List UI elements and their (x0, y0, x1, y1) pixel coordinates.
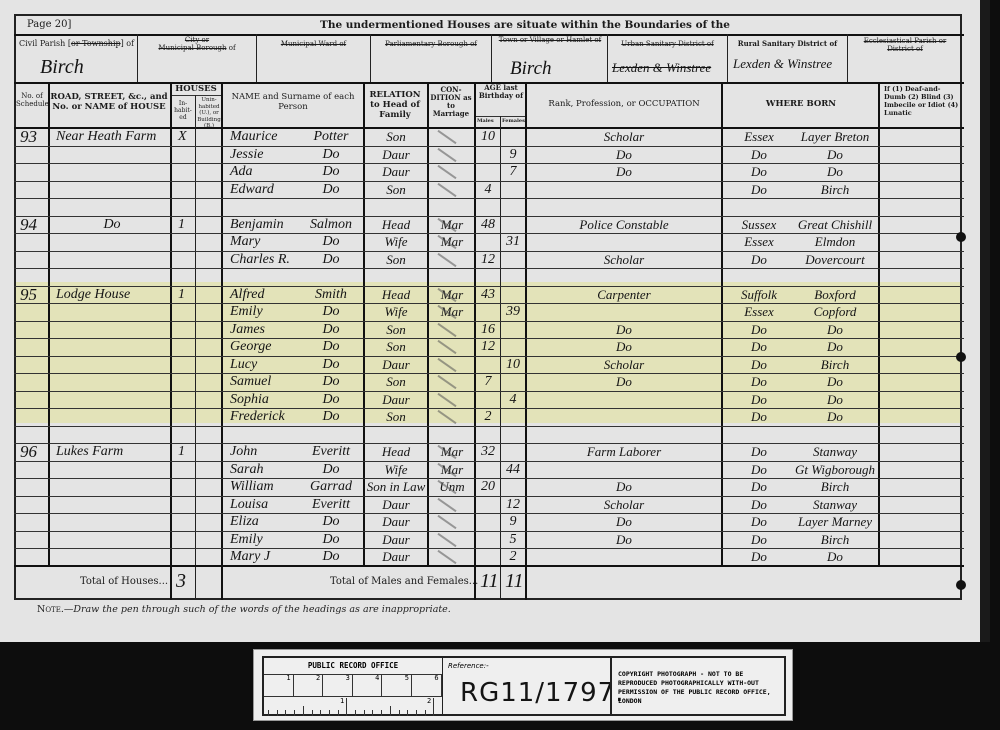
divider (525, 82, 527, 600)
relation: Son (365, 373, 427, 390)
ruler-tick (329, 710, 330, 716)
ruler-scale-bottom: 12 (264, 696, 442, 716)
birth-place: Birch (790, 181, 880, 198)
surname: Do (300, 181, 362, 198)
birth-county: Do (724, 548, 794, 565)
inhabited-mark: 1 (178, 443, 194, 460)
schedule-number: 95 (20, 286, 46, 303)
birth-county: Do (724, 478, 794, 495)
relation: Son (365, 181, 427, 198)
male-age: 12 (476, 338, 500, 355)
col-age-header: AGE last Birthday of (476, 84, 526, 100)
birth-county: Essex (724, 128, 794, 145)
divider (427, 82, 429, 565)
birth-place: Do (790, 338, 880, 355)
relation: Son (365, 408, 427, 425)
page-number: Page 20] (27, 19, 71, 30)
relation: Daur (365, 513, 427, 530)
house-name: Do (56, 216, 168, 233)
female-age: 5 (501, 531, 525, 548)
male-age: 7 (476, 373, 500, 390)
ecclesiastical-parish-label: Ecclesiastical Parish or District of (850, 37, 960, 53)
surname: Do (300, 391, 362, 408)
forename: Charles R. (230, 251, 300, 268)
divider (48, 82, 50, 565)
surname: Do (300, 338, 362, 355)
surname: Garrad (300, 478, 362, 495)
birth-county: Do (724, 373, 794, 390)
divider (491, 34, 492, 82)
surname: Everitt (300, 443, 362, 460)
birth-place: Birch (790, 356, 880, 373)
ruler-tick (407, 710, 408, 716)
surname: Do (300, 163, 362, 180)
divider (170, 95, 222, 96)
col-uninhabited-header: Unin-habited (U.), or Building (B.) (196, 97, 222, 130)
forename: Ada (230, 163, 300, 180)
birth-county: Do (724, 338, 794, 355)
ruler-tick (268, 710, 269, 716)
surname: Do (300, 356, 362, 373)
divider (221, 82, 223, 600)
row-divider (14, 198, 964, 199)
civil-parish-label: Civil Parish [or Township] of (19, 39, 134, 48)
binding-hole (956, 232, 966, 242)
birth-county: Suffolk (724, 286, 794, 303)
ruler-tick-label: 5 (382, 674, 412, 696)
occupation: Do (528, 146, 720, 163)
female-age: 9 (501, 513, 525, 530)
col-females-header: Females (502, 118, 525, 124)
divider (170, 82, 172, 600)
female-age: 4 (501, 391, 525, 408)
occupation: Farm Laborer (528, 443, 720, 460)
ruler-tick (320, 710, 321, 716)
birth-county: Essex (724, 303, 794, 320)
birth-place: Elmdon (790, 233, 880, 250)
divider (607, 34, 608, 82)
birth-county: Do (724, 251, 794, 268)
col-inhabited-header: In-habit-ed (171, 100, 195, 121)
forename: Eliza (230, 513, 300, 530)
forename: William (230, 478, 300, 495)
relation: Daur (365, 356, 427, 373)
total-females-value: 11 (505, 570, 524, 593)
house-name: Lodge House (56, 286, 168, 303)
occupation: Scholar (528, 128, 720, 145)
male-age: 32 (476, 443, 500, 460)
divider (256, 34, 257, 82)
surname: Potter (300, 128, 362, 145)
relation: Son (365, 321, 427, 338)
census-page: Page 20] The undermentioned Houses are s… (0, 0, 990, 642)
birth-place: Boxford (790, 286, 880, 303)
female-age: 7 (501, 163, 525, 180)
page-edge-shadow (980, 0, 990, 642)
occupation: Do (528, 373, 720, 390)
relation: Daur (365, 531, 427, 548)
relation: Son (365, 128, 427, 145)
ruler-tick (285, 710, 286, 716)
forename: Sophia (230, 391, 300, 408)
forename: James (230, 321, 300, 338)
municipal-ward-label: Municipal Ward of (258, 40, 369, 48)
birth-place: Do (790, 391, 880, 408)
ruler-tick-label: 2 (294, 674, 324, 696)
forename: Sarah (230, 461, 300, 478)
male-age: 2 (476, 408, 500, 425)
birth-place: Birch (790, 531, 880, 548)
surname: Do (300, 548, 362, 565)
divider (370, 34, 371, 82)
birth-place: Do (790, 146, 880, 163)
ruler-tick (425, 710, 426, 716)
urban-sanitary-value: Lexden & Winstree (612, 60, 711, 76)
inhabited-mark: 1 (178, 286, 194, 303)
rural-sanitary-label: Rural Sanitary District of (729, 40, 846, 48)
birth-county: Essex (724, 233, 794, 250)
total-houses-value: 3 (176, 570, 186, 593)
forename: Edward (230, 181, 300, 198)
ruler-scale-top: 123456 (264, 674, 442, 696)
relation: Daur (365, 391, 427, 408)
male-age: 43 (476, 286, 500, 303)
ruler-tick (416, 710, 417, 716)
birth-county: Do (724, 461, 794, 478)
male-age: 16 (476, 321, 500, 338)
relation: Wife (365, 233, 427, 250)
relation: Son in Law (365, 478, 427, 495)
occupation: Do (528, 163, 720, 180)
birth-place: Layer Marney (790, 513, 880, 530)
forename: John (230, 443, 300, 460)
record-office-label: PUBLIC RECORD OFFICE 123456 12 Reference… (253, 649, 793, 721)
schedule-number: 96 (20, 443, 46, 460)
ruler-tick-label: 1 (340, 697, 344, 705)
surname: Do (300, 321, 362, 338)
birth-county: Do (724, 531, 794, 548)
birth-place: Gt Wigborough (790, 461, 880, 478)
occupation: Scholar (528, 356, 720, 373)
relation: Daur (365, 146, 427, 163)
record-office-label-frame: PUBLIC RECORD OFFICE 123456 12 Reference… (262, 656, 786, 716)
female-age: 9 (501, 146, 525, 163)
binding-hole (956, 352, 966, 362)
col-name-header: NAME and Surname of each Person (226, 92, 360, 112)
surname: Do (300, 233, 362, 250)
binding-hole (956, 580, 966, 590)
col-where-born-header: WHERE BORN (724, 99, 878, 109)
divider (195, 95, 196, 600)
forename: Alfred (230, 286, 300, 303)
schedule-number: 94 (20, 216, 46, 233)
birth-place: Do (790, 321, 880, 338)
occupation: Scholar (528, 496, 720, 513)
ruler-tick-label: 2 (427, 697, 431, 705)
birth-place: Do (790, 408, 880, 425)
reference-number: RG11/1797. (460, 678, 625, 708)
forename: Frederick (230, 408, 300, 425)
birth-place: Layer Breton (790, 128, 880, 145)
schedule-number: 93 (20, 128, 46, 145)
col-occupation-header: Rank, Profession, or OCCUPATION (528, 99, 720, 109)
surname: Do (300, 146, 362, 163)
col-schedule-header: No. of Schedule (16, 92, 48, 108)
male-age: 20 (476, 478, 500, 495)
birth-place: Copford (790, 303, 880, 320)
divider (442, 658, 443, 716)
urban-sanitary-label: Urban Sanitary District of (609, 40, 726, 48)
town-village-label: Town or Village or Hamlet of (496, 36, 604, 44)
male-age: 12 (476, 251, 500, 268)
total-males-value: 11 (480, 570, 499, 593)
divider (610, 658, 612, 716)
birth-place: Great Chishill (790, 216, 880, 233)
surname: Salmon (300, 216, 362, 233)
ruler-tick-label: 6 (412, 674, 442, 696)
divider (14, 565, 964, 567)
occupation: Do (528, 338, 720, 355)
birth-place: Birch (790, 478, 880, 495)
divider (847, 34, 848, 82)
birth-county: Do (724, 181, 794, 198)
ruler-tick (390, 706, 391, 716)
birth-place: Do (790, 548, 880, 565)
form-title: The undermentioned Houses are situate wi… (320, 19, 730, 31)
birth-place: Do (790, 373, 880, 390)
forename: Maurice (230, 128, 300, 145)
relation: Head (365, 286, 427, 303)
ruler-tick (364, 710, 365, 716)
reference-label: Reference:- (448, 662, 489, 670)
forename: Jessie (230, 146, 300, 163)
birth-county: Do (724, 146, 794, 163)
relation: Son (365, 338, 427, 355)
civil-parish-value: Birch (40, 56, 84, 79)
ruler-tick (355, 710, 356, 716)
relation: Daur (365, 548, 427, 565)
forename: Louisa (230, 496, 300, 513)
divider (137, 34, 138, 82)
ruler-tick (294, 710, 295, 716)
birth-county: Do (724, 321, 794, 338)
relation: Son (365, 251, 427, 268)
occupation: Do (528, 478, 720, 495)
female-age: 2 (501, 548, 525, 565)
forename: Mary (230, 233, 300, 250)
ruler-tick (277, 710, 278, 716)
occupation: Do (528, 531, 720, 548)
inhabited-mark: 1 (178, 216, 194, 233)
surname: Everitt (300, 496, 362, 513)
birth-county: Do (724, 443, 794, 460)
birth-place: Do (790, 163, 880, 180)
female-age: 10 (501, 356, 525, 373)
relation: Head (365, 443, 427, 460)
relation: Head (365, 216, 427, 233)
relation: Daur (365, 496, 427, 513)
ruler-tick (338, 710, 339, 716)
forename: Benjamin (230, 216, 300, 233)
row-divider (14, 426, 964, 427)
col-relation-header: RELATION to Head of Family (364, 90, 426, 120)
birth-county: Do (724, 408, 794, 425)
surname: Smith (300, 286, 362, 303)
municipal-borough-label: City or Municipal Borough of (139, 36, 255, 52)
row-divider (14, 268, 964, 269)
male-age: 4 (476, 181, 500, 198)
surname: Do (300, 531, 362, 548)
ruler-tick-label: 3 (323, 674, 353, 696)
record-office-title: PUBLIC RECORD OFFICE (264, 661, 442, 670)
female-age: 31 (501, 233, 525, 250)
birth-county: Do (724, 391, 794, 408)
ruler-tick (381, 710, 382, 716)
copyright-notice: COPYRIGHT PHOTOGRAPH - NOT TO BE REPRODU… (618, 670, 786, 706)
occupation: Police Constable (528, 216, 720, 233)
female-age: 39 (501, 303, 525, 320)
birth-place: Stanway (790, 496, 880, 513)
forename: Emily (230, 531, 300, 548)
birth-county: Do (724, 356, 794, 373)
surname: Do (300, 408, 362, 425)
col-males-header: Males (477, 118, 494, 124)
relation: Wife (365, 461, 427, 478)
female-age: 44 (501, 461, 525, 478)
house-name: Lukes Farm (56, 443, 168, 460)
relation: Daur (365, 163, 427, 180)
male-age: 48 (476, 216, 500, 233)
col-infirmity-header: If (1) Deaf-and-Dumb (2) Blind (3) Imbec… (884, 85, 960, 117)
parliamentary-borough-label: Parliamentary Borough of (372, 40, 490, 48)
surname: Do (300, 461, 362, 478)
birth-county: Do (724, 496, 794, 513)
forename: George (230, 338, 300, 355)
total-houses-label: Total of Houses... (80, 576, 168, 587)
birth-place: Dovercourt (790, 251, 880, 268)
ruler-tick (399, 710, 400, 716)
ruler-tick (346, 698, 347, 716)
ruler-tick (372, 710, 373, 716)
col-road-header: ROAD, STREET, &c., and No. or NAME of HO… (50, 92, 168, 112)
forename: Lucy (230, 356, 300, 373)
house-name: Near Heath Farm (56, 128, 168, 145)
occupation: Do (528, 321, 720, 338)
town-village-value: Birch (510, 58, 552, 80)
birth-place: Stanway (790, 443, 880, 460)
relation: Wife (365, 303, 427, 320)
ruler-tick (433, 698, 434, 716)
total-persons-label: Total of Males and Females... (330, 576, 478, 587)
surname: Do (300, 373, 362, 390)
divider (727, 34, 728, 82)
forename: Samuel (230, 373, 300, 390)
rural-sanitary-value: Lexden & Winstree (733, 56, 832, 72)
forename: Emily (230, 303, 300, 320)
forename: Mary J (230, 548, 300, 565)
ruler-tick (303, 706, 304, 716)
surname: Do (300, 251, 362, 268)
female-age: 12 (501, 496, 525, 513)
birth-county: Sussex (724, 216, 794, 233)
surname: Do (300, 513, 362, 530)
occupation: Do (528, 513, 720, 530)
col-houses-header: HOUSES (171, 84, 221, 94)
birth-county: Do (724, 163, 794, 180)
male-age: 10 (476, 128, 500, 145)
divider (721, 82, 723, 565)
col-condition-header: CON-DITION as to Marriage (428, 86, 474, 118)
occupation: Scholar (528, 251, 720, 268)
ruler-tick-label: 4 (353, 674, 383, 696)
surname: Do (300, 303, 362, 320)
form-note: Note.—Draw the pen through such of the w… (37, 604, 451, 615)
inhabited-mark: X (178, 128, 194, 145)
occupation: Carpenter (528, 286, 720, 303)
ruler-tick (312, 710, 313, 716)
ruler-tick-label: 1 (264, 674, 294, 696)
birth-county: Do (724, 513, 794, 530)
